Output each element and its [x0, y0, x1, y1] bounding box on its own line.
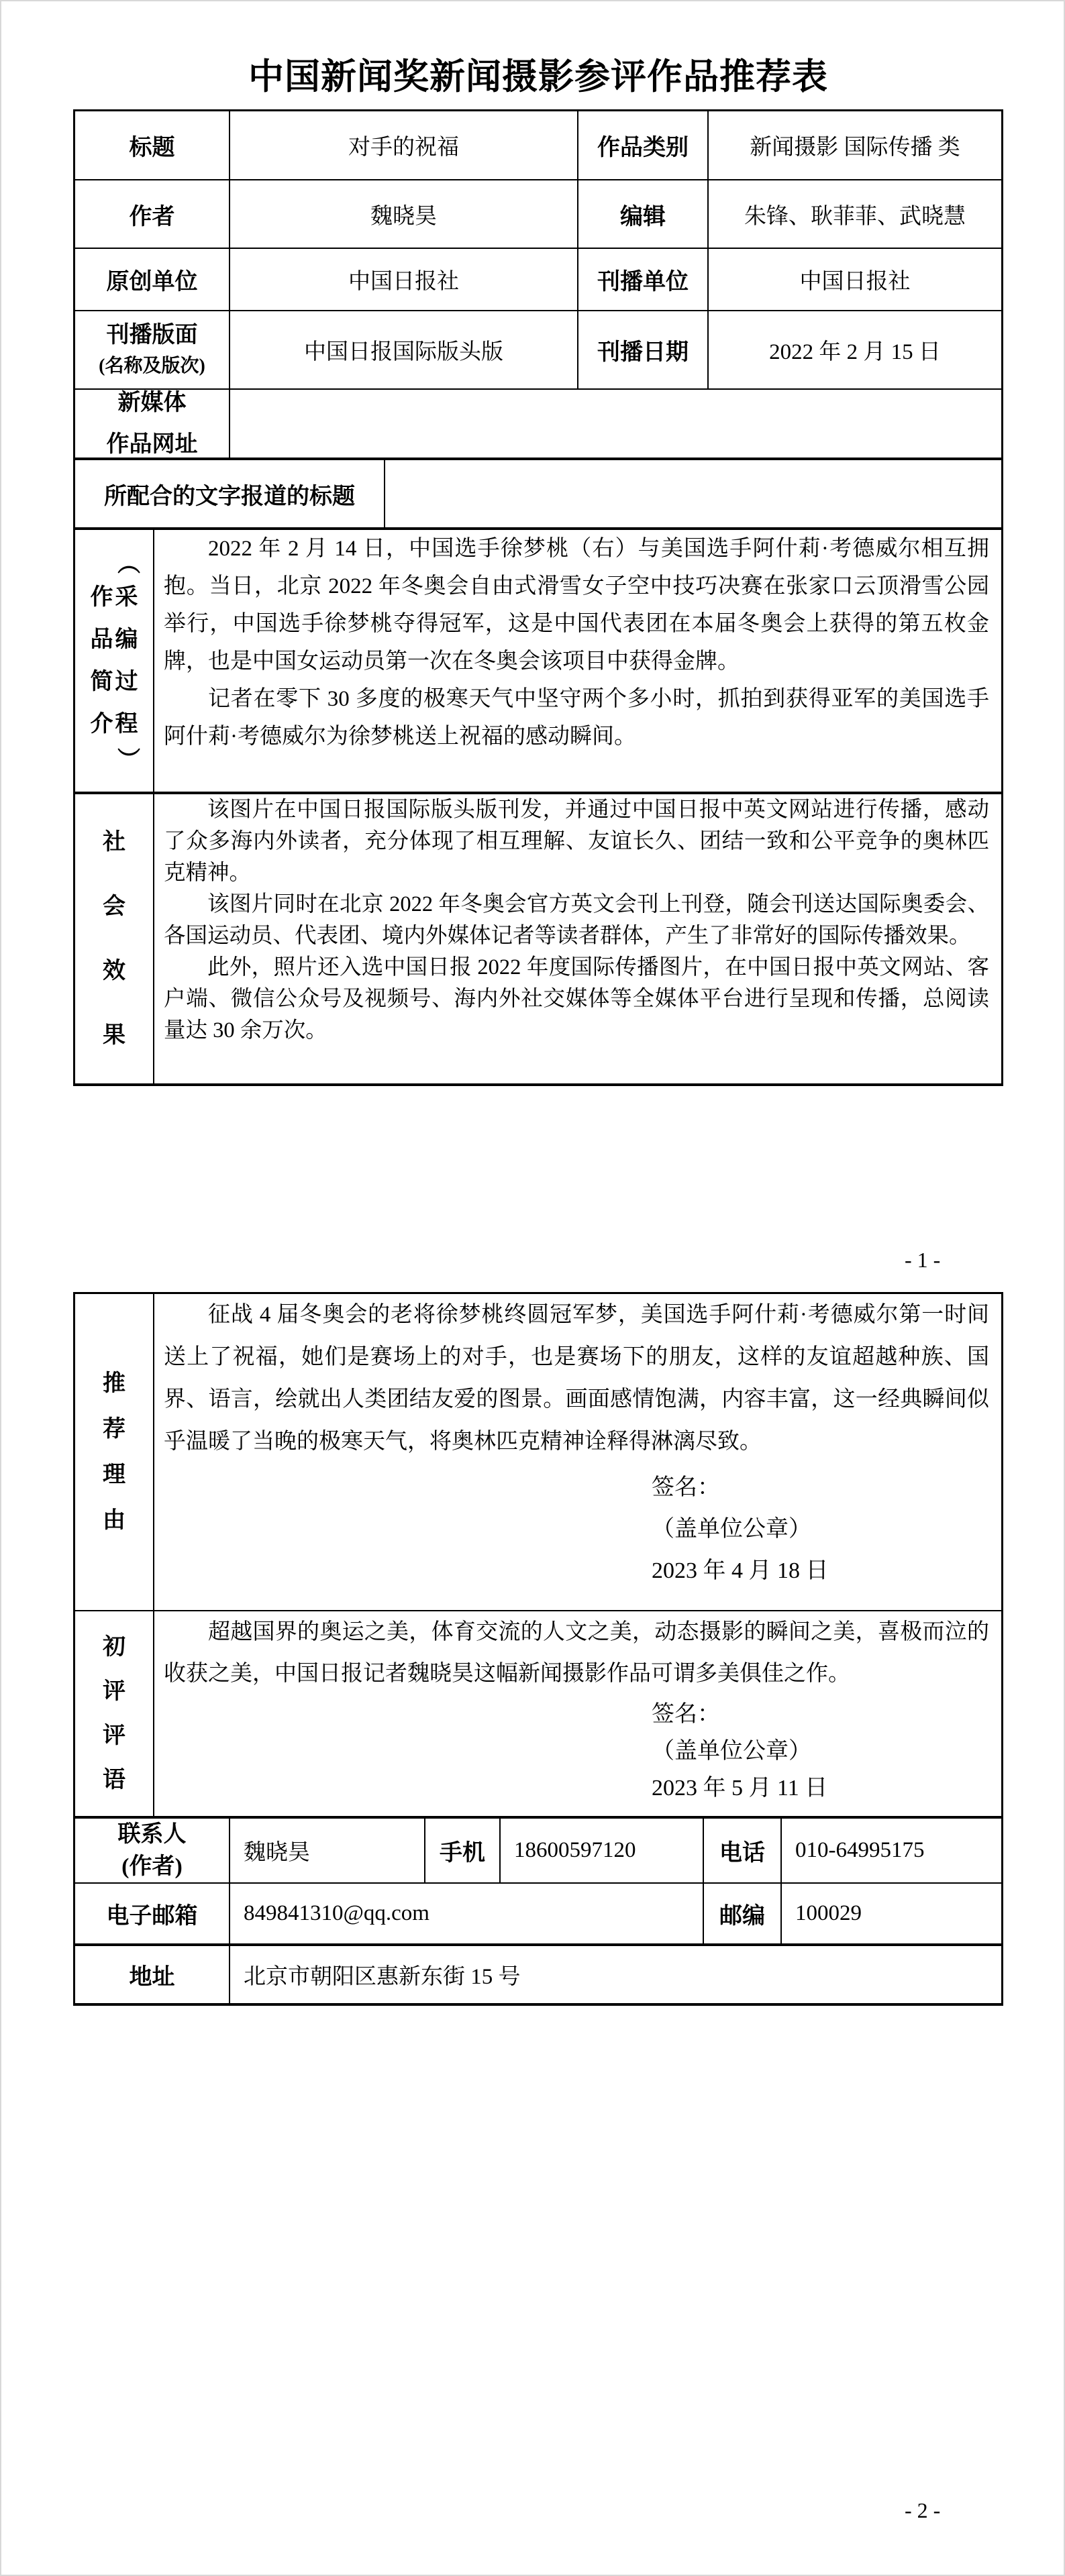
- review-vertical-label: 初评评语: [102, 1625, 127, 1803]
- field-editor-value: 朱锋、耿菲菲、武晓慧: [709, 180, 1003, 249]
- field-pub-unit-label: 刊播单位: [578, 249, 709, 311]
- field-editor-label: 编辑: [578, 180, 709, 249]
- postcode-value: 100029: [782, 1884, 1003, 1946]
- recommend-section-text: 征战 4 届冬奥会的老将徐梦桃终圆冠军梦，美国选手阿什莉·考德威尔第一时间送上了…: [154, 1294, 1003, 1611]
- info-table: 标题 对手的祝福 作品类别 新闻摄影 国际传播 类 作者 魏晓昊 编辑 朱锋、耿…: [73, 109, 1003, 1086]
- table-row: 所配合的文字报道的标题: [75, 460, 1003, 530]
- field-orig-unit-label: 原创单位: [75, 249, 230, 311]
- field-layout-value: 中国日报国际版头版: [230, 311, 578, 390]
- field-title-value: 对手的祝福: [230, 111, 578, 180]
- recommend-date: 2023 年 4 月 18 日: [652, 1550, 989, 1592]
- phone-value: 010-64995175: [782, 1819, 1003, 1884]
- recommend-signature-block: 签名： （盖单位公章） 2023 年 4 月 18 日: [652, 1467, 989, 1592]
- address-value: 北京市朝阳区惠新东街 15 号: [230, 1946, 1003, 2006]
- contact-person-label: 联系人 (作者): [75, 1819, 230, 1884]
- review-sign-label: 签名：: [652, 1696, 989, 1733]
- table-row: 新媒体 作品网址: [75, 390, 1003, 460]
- table-row: 刊播版面 (名称及版次) 中国日报国际版头版 刊播日期 2022 年 2 月 1…: [75, 311, 1003, 390]
- recommend-sign-label: 签名：: [652, 1467, 989, 1509]
- page-number-1: - 1 -: [905, 1248, 940, 1273]
- social-paragraph-3: 此外，照片还入选中国日报 2022 年度国际传播图片，在中国日报中英文网站、客户…: [164, 952, 989, 1046]
- review-section-text: 超越国界的奥运之美，体育交流的人文之美，动态摄影的瞬间之美，喜极而泣的收获之美，…: [154, 1611, 1003, 1819]
- recommend-section-label: 推荐理由: [75, 1294, 154, 1611]
- intro-label-sub-text: 采编过程: [114, 576, 139, 745]
- field-author-value: 魏晓昊: [230, 180, 578, 249]
- review-paragraph: 超越国界的奥运之美，体育交流的人文之美，动态摄影的瞬间之美，喜极而泣的收获之美，…: [164, 1611, 989, 1695]
- social-section-label: 社会效果: [75, 794, 154, 1086]
- field-pub-date-value: 2022 年 2 月 15 日: [709, 311, 1003, 390]
- social-paragraph-1: 该图片在中国日报国际版头版刊发，并通过中国日报中英文网站进行传播，感动了众多海内…: [164, 794, 989, 889]
- table-row: 联系人 (作者) 魏晓昊 手机 18600597120 电话 010-64995…: [75, 1819, 1003, 1884]
- field-layout-label-line1: 刊播版面: [107, 319, 198, 352]
- page-title: 中国新闻奖新闻摄影参评作品推荐表: [73, 48, 1003, 99]
- paren-open: （: [113, 551, 140, 574]
- field-text-report-value: [385, 460, 1003, 530]
- intro-label-sub: （ 采编过程 ）: [114, 549, 139, 772]
- intro-section-text: 2022 年 2 月 14 日，中国选手徐梦桃（右）与美国选手阿什莉·考德威尔相…: [154, 530, 1003, 794]
- intro-vertical-label: 作品简介 （ 采编过程 ）: [89, 549, 139, 772]
- phone-label: 电话: [704, 1819, 782, 1884]
- table-row: 作者 魏晓昊 编辑 朱锋、耿菲菲、武晓慧: [75, 180, 1003, 249]
- table-row: 地址 北京市朝阳区惠新东街 15 号: [75, 1946, 1003, 2006]
- email-value: 849841310@qq.com: [230, 1884, 704, 1946]
- contact-person-value: 魏晓昊: [230, 1819, 425, 1884]
- intro-paragraph-1: 2022 年 2 月 14 日，中国选手徐梦桃（右）与美国选手阿什莉·考德威尔相…: [164, 530, 989, 680]
- social-vertical-label: 社会效果: [102, 810, 127, 1068]
- mobile-label: 手机: [425, 1819, 501, 1884]
- email-label: 电子邮箱: [75, 1884, 230, 1946]
- table-row: 初评评语 超越国界的奥运之美，体育交流的人文之美，动态摄影的瞬间之美，喜极而泣的…: [75, 1611, 1003, 1819]
- field-new-media-value: [230, 390, 1003, 460]
- recommend-paragraph: 征战 4 届冬奥会的老将徐梦桃终圆冠军梦，美国选手阿什莉·考德威尔第一时间送上了…: [164, 1294, 989, 1463]
- contact-person-label-line2: (作者): [121, 1851, 183, 1883]
- postcode-label: 邮编: [704, 1884, 782, 1946]
- field-author-label: 作者: [75, 180, 230, 249]
- table-row: 作品简介 （ 采编过程 ） 2022 年 2 月 14 日，中国选手徐梦桃（右）…: [75, 530, 1003, 794]
- recommendation-table: 推荐理由 征战 4 届冬奥会的老将徐梦桃终圆冠军梦，美国选手阿什莉·考德威尔第一…: [73, 1292, 1003, 2006]
- field-orig-unit-value: 中国日报社: [230, 249, 578, 311]
- social-paragraph-2: 该图片同时在北京 2022 年冬奥会官方英文会刊上刊登，随会刊送达国际奥委会、各…: [164, 889, 989, 952]
- field-layout-label: 刊播版面 (名称及版次): [75, 311, 230, 390]
- field-new-media-label-line1: 新媒体: [118, 390, 187, 424]
- field-pub-unit-value: 中国日报社: [709, 249, 1003, 311]
- field-text-report-label: 所配合的文字报道的标题: [75, 460, 385, 530]
- field-category-value: 新闻摄影 国际传播 类: [709, 111, 1003, 180]
- mobile-value: 18600597120: [501, 1819, 704, 1884]
- field-pub-date-label: 刊播日期: [578, 311, 709, 390]
- table-row: 电子邮箱 849841310@qq.com 邮编 100029: [75, 1884, 1003, 1946]
- intro-paragraph-2: 记者在零下 30 多度的极寒天气中坚守两个多小时，抓拍到获得亚军的美国选手阿什莉…: [164, 680, 989, 755]
- review-seal-note: （盖单位公章）: [652, 1733, 989, 1770]
- address-label: 地址: [75, 1946, 230, 2006]
- field-new-media-label-line2: 作品网址: [107, 424, 198, 461]
- review-date: 2023 年 5 月 11 日: [652, 1770, 989, 1807]
- paren-close: ）: [113, 747, 140, 770]
- table-row: 原创单位 中国日报社 刊播单位 中国日报社: [75, 249, 1003, 311]
- field-category-label: 作品类别: [578, 111, 709, 180]
- social-section-text: 该图片在中国日报国际版头版刊发，并通过中国日报中英文网站进行传播，感动了众多海内…: [154, 794, 1003, 1086]
- intro-label-main: 作品简介: [89, 576, 114, 745]
- table-row: 标题 对手的祝福 作品类别 新闻摄影 国际传播 类: [75, 111, 1003, 180]
- page-number-2: - 2 -: [905, 2498, 940, 2523]
- review-section-label: 初评评语: [75, 1611, 154, 1819]
- table-row: 社会效果 该图片在中国日报国际版头版刊发，并通过中国日报中英文网站进行传播，感动…: [75, 794, 1003, 1086]
- review-signature-block: 签名： （盖单位公章） 2023 年 5 月 11 日: [652, 1696, 989, 1807]
- recommend-seal-note: （盖单位公章）: [652, 1509, 989, 1550]
- field-title-label: 标题: [75, 111, 230, 180]
- recommend-vertical-label: 推荐理由: [102, 1361, 127, 1544]
- contact-person-label-line1: 联系人: [118, 1819, 187, 1851]
- field-layout-label-line2: (名称及版次): [99, 352, 205, 381]
- intro-section-label: 作品简介 （ 采编过程 ）: [75, 530, 154, 794]
- table-row: 推荐理由 征战 4 届冬奥会的老将徐梦桃终圆冠军梦，美国选手阿什莉·考德威尔第一…: [75, 1294, 1003, 1611]
- field-new-media-label: 新媒体 作品网址: [75, 390, 230, 460]
